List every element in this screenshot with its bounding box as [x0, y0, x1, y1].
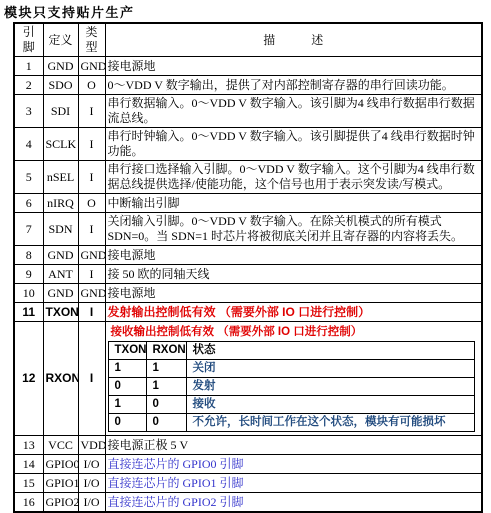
table-row: 1 GND GND 接电源地	[14, 57, 482, 76]
pin-description: 0～VDD V 数字输出，提供了对内部控制寄存器的串行回读功能。	[105, 76, 482, 95]
pin-number: 9	[14, 265, 43, 284]
pin-description: 发射输出控制低有效 （需要外部 IO 口进行控制）	[105, 303, 482, 322]
pin-type: O	[78, 76, 105, 95]
txon-value: 0	[108, 378, 146, 396]
pin-name: GPIO0	[43, 455, 78, 474]
pin-name: SCLK	[43, 128, 78, 161]
table-header-row: 引脚 定义 类型 描 述	[14, 23, 482, 57]
txon-value: 1	[108, 360, 146, 378]
pin-description: 直接连芯片的 GPIO1 引脚	[105, 474, 482, 493]
txon-value: 0	[108, 414, 146, 432]
table-row-rxon: 12 RXON I 接收输出控制低有效 （需要外部 IO 口进行控制） TXON…	[14, 322, 482, 436]
pin-description: 接 50 欧的同轴天线	[105, 265, 482, 284]
pin-type: I	[78, 322, 105, 436]
pin-number: 5	[14, 161, 43, 194]
pin-definition-table: 引脚 定义 类型 描 述 1 GND GND 接电源地 2 SDO O 0～VD…	[13, 22, 483, 513]
table-row: 9 ANT I 接 50 欧的同轴天线	[14, 265, 482, 284]
pin-type: O	[78, 194, 105, 213]
subtable-header-rxon: RXON	[146, 342, 186, 360]
pin-name: GPIO1	[43, 474, 78, 493]
pin-type: VDD	[78, 436, 105, 455]
rxon-value: 0	[146, 414, 186, 432]
table-row-txon: 11 TXON I 发射输出控制低有效 （需要外部 IO 口进行控制）	[14, 303, 482, 322]
table-row: 4 SCLK I 串行时钟输入。0～VDD V 数字输入。该引脚提供了4 线串行…	[14, 128, 482, 161]
table-row: 5 nSEL I 串行接口选择输入引脚。0～VDD V 数字输入。这个引脚为4 …	[14, 161, 482, 194]
txon-rxon-state-table: TXON RXON 状态 1 1 关闭 0 1 发射	[108, 341, 475, 432]
table-row: 3 SDI I 串行数据输入。0～VDD V 数字输入。该引脚为4 线串行数据串…	[14, 95, 482, 128]
table-row-gpio0: 14 GPIO0 I/O 直接连芯片的 GPIO0 引脚	[14, 455, 482, 474]
pin-number: 4	[14, 128, 43, 161]
pin-description: 串行数据输入。0～VDD V 数字输入。该引脚为4 线串行数据串行数据流总线。	[105, 95, 482, 128]
pin-description: 接电源地	[105, 284, 482, 303]
subtable-row: 0 0 不允许，长时间工作在这个状态，模块有可能损坏	[108, 414, 474, 432]
state-value: 发射	[186, 378, 474, 396]
pin-description: 接电源地	[105, 57, 482, 76]
pin-type: GND	[78, 284, 105, 303]
pin-name: GPIO2	[43, 493, 78, 513]
table-row: 8 GND GND 接电源地	[14, 246, 482, 265]
pin-type: I/O	[78, 474, 105, 493]
pin-number: 14	[14, 455, 43, 474]
pin-name: GND	[43, 284, 78, 303]
state-value: 不允许，长时间工作在这个状态，模块有可能损坏	[186, 414, 474, 432]
pin-type: GND	[78, 246, 105, 265]
header-type: 类型	[78, 23, 105, 57]
subtable-row: 0 1 发射	[108, 378, 474, 396]
subtable-row: 1 1 关闭	[108, 360, 474, 378]
pin-description: 关闭输入引脚。0～VDD V 数字输入。在除关机模式的所有模式SDN=0。当 S…	[105, 213, 482, 246]
subtable-row: 1 0 接收	[108, 396, 474, 414]
pin-number: 3	[14, 95, 43, 128]
pin-type: I	[78, 95, 105, 128]
pin-name: GND	[43, 57, 78, 76]
state-value: 关闭	[186, 360, 474, 378]
pin-name: VCC	[43, 436, 78, 455]
rxon-value: 1	[146, 360, 186, 378]
pin-name: SDN	[43, 213, 78, 246]
rxon-value: 0	[146, 396, 186, 414]
table-row: 2 SDO O 0～VDD V 数字输出，提供了对内部控制寄存器的串行回读功能。	[14, 76, 482, 95]
pin-type: I	[78, 213, 105, 246]
pin-name: GND	[43, 246, 78, 265]
pin-type: I	[78, 128, 105, 161]
txon-value: 1	[108, 396, 146, 414]
pin-name: ANT	[43, 265, 78, 284]
pin-number: 6	[14, 194, 43, 213]
pin-description: 接电源正极 5 V	[105, 436, 482, 455]
subtable-header-row: TXON RXON 状态	[108, 342, 474, 360]
subtable-header-txon: TXON	[108, 342, 146, 360]
table-row: 7 SDN I 关闭输入引脚。0～VDD V 数字输入。在除关机模式的所有模式S…	[14, 213, 482, 246]
pin-number: 1	[14, 57, 43, 76]
pin-name: TXON	[43, 303, 78, 322]
pin-number: 7	[14, 213, 43, 246]
pin-name: nIRQ	[43, 194, 78, 213]
pin-name: RXON	[43, 322, 78, 436]
pin-description: 接电源地	[105, 246, 482, 265]
pin-number: 10	[14, 284, 43, 303]
header-def: 定义	[43, 23, 78, 57]
pin-name: nSEL	[43, 161, 78, 194]
table-row-gpio2: 16 GPIO2 I/O 直接连芯片的 GPIO2 引脚	[14, 493, 482, 513]
pin-number: 11	[14, 303, 43, 322]
pin-type: I/O	[78, 493, 105, 513]
pin-description: 直接连芯片的 GPIO0 引脚	[105, 455, 482, 474]
pin-description: 直接连芯片的 GPIO2 引脚	[105, 493, 482, 513]
pin-number: 15	[14, 474, 43, 493]
pin-description: 串行接口选择输入引脚。0～VDD V 数字输入。这个引脚为4 线串行数据总线提供…	[105, 161, 482, 194]
table-row: 6 nIRQ O 中断输出引脚	[14, 194, 482, 213]
pin-type: GND	[78, 57, 105, 76]
pin-name: SDO	[43, 76, 78, 95]
subtable-header-state: 状态	[186, 342, 474, 360]
pin-name: SDI	[43, 95, 78, 128]
rxon-value: 1	[146, 378, 186, 396]
pin-number: 2	[14, 76, 43, 95]
pin-description-cell: 接收输出控制低有效 （需要外部 IO 口进行控制） TXON RXON 状态 1…	[105, 322, 482, 436]
header-pin: 引脚	[14, 23, 43, 57]
table-row-gpio1: 15 GPIO1 I/O 直接连芯片的 GPIO1 引脚	[14, 474, 482, 493]
pin-number: 12	[14, 322, 43, 436]
state-value: 接收	[186, 396, 474, 414]
rxon-description: 接收输出控制低有效 （需要外部 IO 口进行控制）	[108, 323, 480, 340]
pin-type: I/O	[78, 455, 105, 474]
pin-type: I	[78, 303, 105, 322]
header-desc: 描 述	[105, 23, 482, 57]
pin-description: 串行时钟输入。0～VDD V 数字输入。该引脚提供了4 线串行数据时钟功能。	[105, 128, 482, 161]
page-title: 模块只支持贴片生产	[4, 2, 135, 21]
pin-number: 16	[14, 493, 43, 513]
table-row: 10 GND GND 接电源地	[14, 284, 482, 303]
table-row: 13 VCC VDD 接电源正极 5 V	[14, 436, 482, 455]
pin-number: 13	[14, 436, 43, 455]
pin-type: I	[78, 265, 105, 284]
pin-type: I	[78, 161, 105, 194]
pin-description: 中断输出引脚	[105, 194, 482, 213]
pin-number: 8	[14, 246, 43, 265]
